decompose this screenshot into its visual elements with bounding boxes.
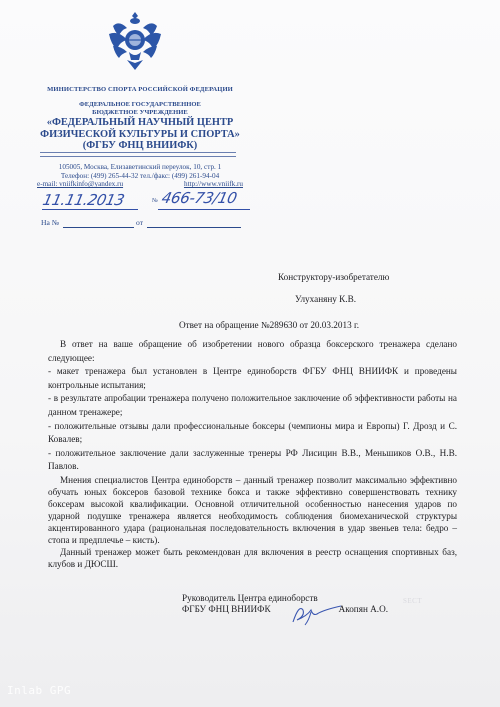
list-item-coaches: - положительное заключение дали заслужен… [48,447,457,474]
outgoing-number: 466-73/10 [160,189,238,207]
institution-name-line1: «ФЕДЕРАЛЬНЫЙ НАУЧНЫЙ ЦЕНТР [30,117,250,129]
watermark: Inlab GPG [7,684,71,697]
ref-date-label: от [136,218,143,227]
ref-date-blank [147,227,241,228]
scanned-letter-page: МИНИСТЕРСТВО СПОРТА РОССИЙСКОЙ ФЕДЕРАЦИИ… [0,0,500,707]
paragraph-recommendation: Данный тренажер может быть рекомендован … [48,546,457,570]
address: 105005, Москва, Елизаветинский переулок,… [30,163,250,172]
paragraph-intro: В ответ на ваше обращение об изобретении… [48,338,457,365]
ref-number-label: На № [41,218,59,227]
ref-number-blank [63,227,134,228]
institution-name-line2: ФИЗИЧЕСКОЙ КУЛЬТУРЫ И СПОРТА» [30,129,250,141]
number-underline [158,209,250,210]
number-label: № [152,198,158,204]
outgoing-date: 11.11.2013 [41,191,126,209]
institution-abbr: (ФГБУ ФНЦ ВНИИФК) [30,140,250,152]
institution-name: «ФЕДЕРАЛЬНЫЙ НАУЧНЫЙ ЦЕНТР ФИЗИЧЕСКОЙ КУ… [30,117,250,152]
list-item-boxers: - положительные отзывы дали профессионал… [48,420,457,447]
list-item-installed: - макет тренажера был установлен в Центр… [48,365,457,392]
letterhead-divider [40,152,236,157]
website-link[interactable]: http://www.vniifk.ru [184,180,243,189]
signer-title-line2: ФГБУ ФНЦ ВНИИФК [182,604,271,615]
outgoing-registration: 11.11.2013 № 466-73/10 [40,189,250,211]
email-link[interactable]: e-mail: vniifkinfo@yandex.ru [37,180,123,189]
reference-line: На № от [41,218,241,230]
letter-subject: Ответ на обращение №289630 от 20.03.2013… [0,320,500,330]
institution-type-line2: БЮДЖЕТНОЕ УЧРЕЖДЕНИЕ [30,109,250,117]
list-item-approbation: - в результате апробации тренажера получ… [48,392,457,419]
contact-block: 105005, Москва, Елизаветинский переулок,… [30,163,250,189]
phones: Телефон: (499) 265-44-32 тел./факс: (499… [30,172,250,181]
paragraph-opinion: Мнения специалистов Центра единоборств –… [48,474,457,546]
institution-type: ФЕДЕРАЛЬНОЕ ГОСУДАРСТВЕННОЕ БЮДЖЕТНОЕ УЧ… [30,101,250,117]
ministry-name: МИНИСТЕРСТВО СПОРТА РОССИЙСКОЙ ФЕДЕРАЦИИ [30,86,250,93]
recipient-name: Улуханяну К.В. [278,288,389,310]
recipient-title: Конструктору-изобретателю [278,266,389,288]
eagle-emblem-icon [105,10,165,72]
date-underline [42,209,138,210]
signer-name: Акопян А.О. [339,604,388,615]
institution-type-line1: ФЕДЕРАЛЬНОЕ ГОСУДАРСТВЕННОЕ [30,101,250,109]
recipient-block: Конструктору-изобретателю Улуханяну К.В. [278,266,389,310]
faint-bleedthrough-stamp: SECT [403,597,422,605]
letter-body: В ответ на ваше обращение об изобретении… [48,338,457,570]
